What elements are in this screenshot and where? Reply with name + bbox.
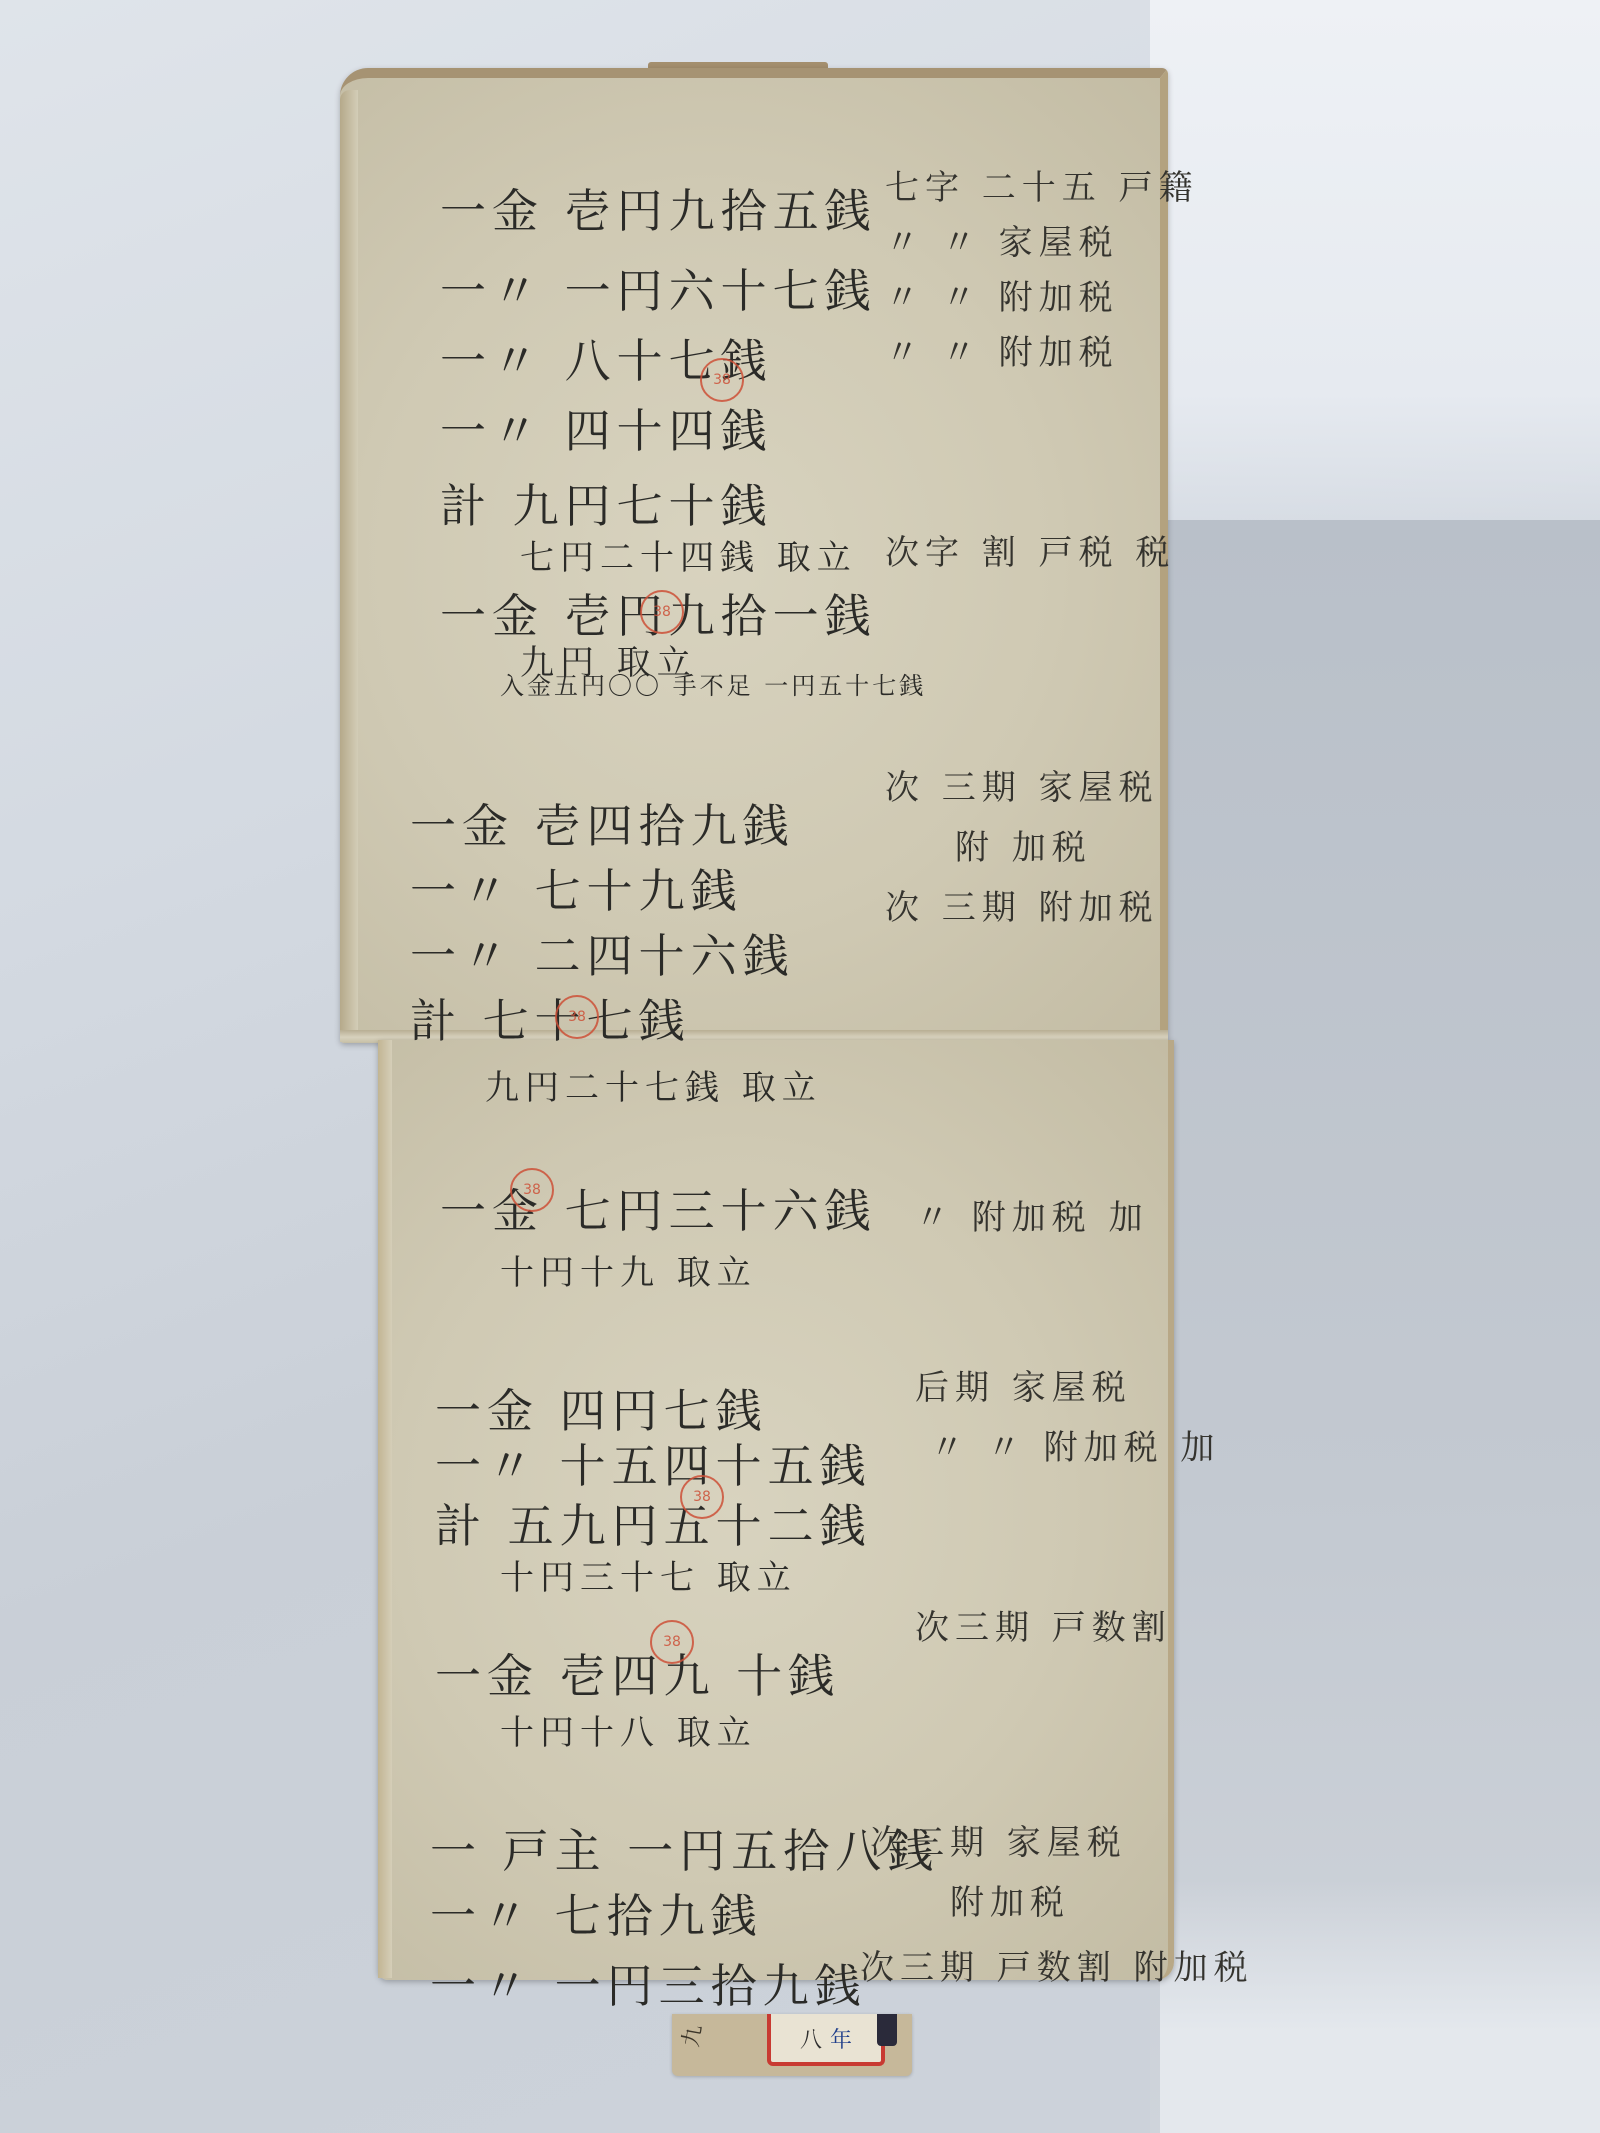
red-seal-stamp: 38 [700,358,744,402]
red-bordered-label: 八 年 [767,2014,885,2066]
ledger-line: 一金 壱四拾九銭 [410,790,795,856]
ledger-line: 十円十八 取立 [500,1705,757,1754]
top-page-edge [340,90,358,1030]
background-light-area [1150,0,1600,560]
red-seal-stamp: 38 [640,590,684,634]
ledger-line: 一金 七円三十六銭 [440,1175,877,1241]
ledger-line: 計 九円七十銭 [440,470,773,536]
background-lower-right [1160,1880,1600,2133]
dark-tab-edge [877,2014,897,2046]
ledger-line: 九円二十七銭 取立 [485,1060,822,1109]
tax-note: 次三期 戸数割 附加税 [860,1940,1254,1989]
ledger-line: 一〃 十五四十五銭 [435,1430,872,1496]
red-seal-stamp: 38 [510,1168,554,1212]
index-label-tab: 九 八 年 [672,2014,912,2076]
tax-note: 次字 割 戸税 税 [885,525,1175,574]
ledger-line: 十円三十七 取立 [500,1550,797,1599]
tax-note: 次 三期 家屋税 [885,760,1159,809]
tax-note: 〃 〃 附加税 [885,270,1119,319]
label-tab-left-text: 九 [674,2022,708,2049]
ledger-line: 一〃 二四十六銭 [410,920,795,986]
red-seal-stamp: 38 [555,995,599,1039]
ledger-line: 一〃 七十九銭 [410,855,743,921]
tax-note: 次三期 家屋税 [870,1815,1127,1864]
ledger-line: 計 五九円五十二銭 [435,1490,872,1556]
ledger-line: 一〃 四十四銭 [440,395,773,461]
ledger-line: 一金 壱円九拾五銭 [440,175,877,241]
red-seal-stamp: 38 [650,1620,694,1664]
ledger-line: 一 戸主 一円五拾八銭 [430,1815,939,1881]
bottom-page-edge [378,1040,392,1978]
ledger-line: 一金 壱四九 十銭 [435,1640,840,1706]
red-seal-stamp: 38 [680,1475,724,1519]
tax-note: 〃 〃 附加税 [885,325,1119,374]
tax-note: 后期 家屋税 [915,1360,1132,1409]
tax-note: 次三期 戸数割 [915,1600,1172,1649]
tax-note: 次 三期 附加税 [885,880,1159,929]
tax-note: 〃 〃 附加税 加 [930,1420,1220,1469]
label-char: 年 [830,2023,852,2054]
tax-note: 附加税 [950,1875,1070,1924]
tax-note: 〃 〃 家屋税 [885,215,1119,264]
ledger-line: 一〃 一円三拾九銭 [430,1950,867,2016]
tax-note: 附 加税 [955,820,1092,869]
label-number: 八 [800,2023,822,2054]
tax-note: 〃 附加税 加 [915,1190,1149,1239]
ledger-line: 七円二十四銭 取立 [520,530,857,579]
tax-note: 七字 二十五 戸籍 [885,160,1199,209]
ledger-line: 十円十九 取立 [500,1245,757,1294]
ledger-line: 一〃 七拾九銭 [430,1880,763,1946]
ledger-line: 入金五円〇〇 手不足 一円五十七銭 [500,666,926,701]
ledger-line: 計 七十七銭 [410,985,691,1051]
ledger-line: 一〃 一円六十七銭 [440,255,877,321]
